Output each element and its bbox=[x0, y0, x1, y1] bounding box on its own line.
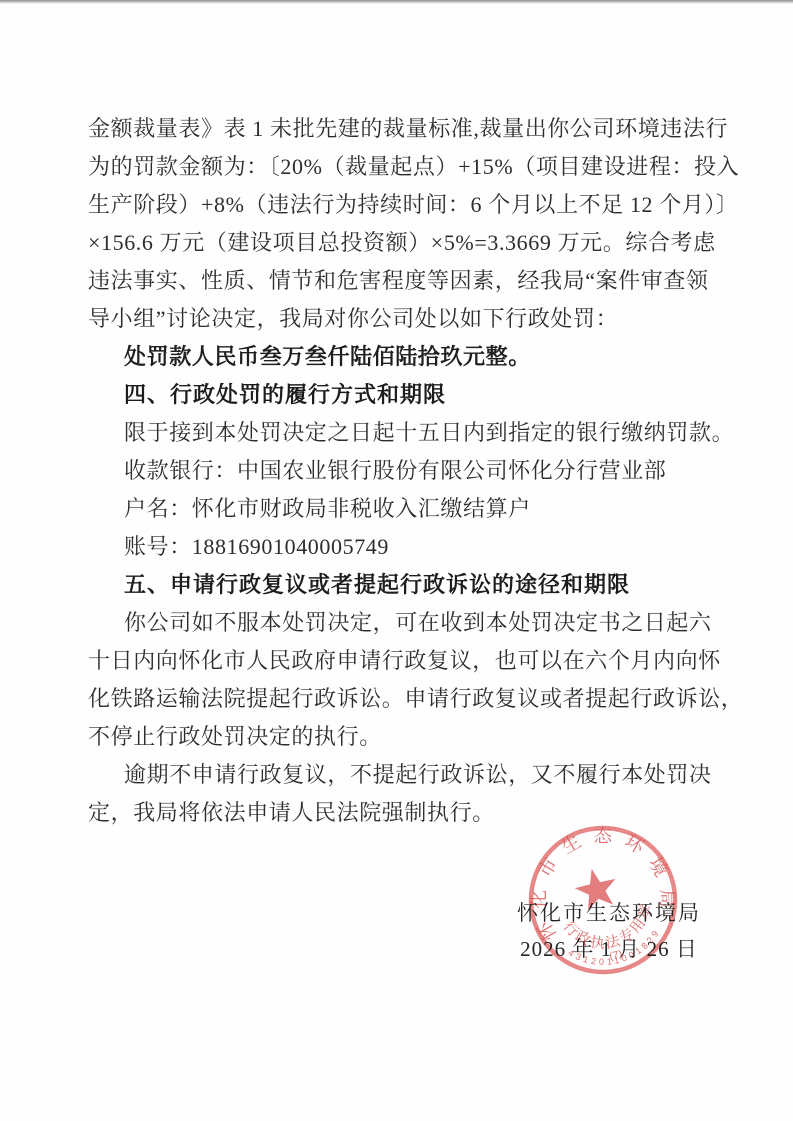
penalty-decision-line: 违法事实、性质、情节和危害程度等因素，经我局“案件审查领 bbox=[88, 262, 750, 300]
payment-deadline-line: 限于接到本处罚决定之日起十五日内到指定的银行缴纳罚款。 bbox=[88, 414, 750, 452]
section-heading-performance: 四、行政处罚的履行方式和期限 bbox=[88, 376, 750, 414]
section-heading-appeal: 五、申请行政复议或者提起行政诉讼的途径和期限 bbox=[88, 566, 750, 604]
bank-name-line: 收款银行：中国农业银行股份有限公司怀化分行营业部 bbox=[88, 452, 750, 490]
scan-edge-shadow bbox=[0, 0, 793, 4]
penalty-calculation-line: 生产阶段）+8%（违法行为持续时间：6 个月以上不足 12 个月）〕 bbox=[88, 186, 750, 224]
account-name-line: 户名：怀化市财政局非税收入汇缴结算户 bbox=[88, 490, 750, 528]
penalty-amount-line: 处罚款人民币叁万叁仟陆佰陆拾玖元整。 bbox=[88, 338, 750, 376]
enforcement-paragraph-line: 逾期不申请行政复议，不提起行政诉讼，又不履行本处罚决 bbox=[88, 756, 750, 794]
agency-signature: 怀化市生态环境局 bbox=[498, 897, 720, 927]
penalty-calculation-line: ×156.6 万元（建设项目总投资额）×5%=3.3669 万元。综合考虑 bbox=[88, 224, 750, 262]
appeal-paragraph-line: 不停止行政处罚决定的执行。 bbox=[88, 718, 750, 756]
document-body: 金额裁量表》表 1 未批先建的裁量标准,裁量出你公司环境违法行 为的罚款金额为：… bbox=[88, 110, 750, 832]
appeal-paragraph-line: 十日内向怀化市人民政府申请行政复议，也可以在六个月内向怀 bbox=[88, 642, 750, 680]
appeal-paragraph-line: 你公司如不服本处罚决定，可在收到本处罚决定书之日起六 bbox=[88, 604, 750, 642]
document-page: 金额裁量表》表 1 未批先建的裁量标准,裁量出你公司环境违法行 为的罚款金额为：… bbox=[0, 0, 793, 1121]
account-number-line: 账号：18816901040005749 bbox=[88, 528, 750, 566]
penalty-calculation-line: 金额裁量表》表 1 未批先建的裁量标准,裁量出你公司环境违法行 bbox=[88, 110, 750, 148]
penalty-calculation-line: 为的罚款金额为：〔20%（裁量起点）+15%（项目建设进程：投入 bbox=[88, 148, 750, 186]
appeal-paragraph-line: 化铁路运输法院提起行政诉讼。申请行政复议或者提起行政诉讼， bbox=[88, 680, 750, 718]
signature-date: 2026 年 1 月 26 日 bbox=[498, 933, 720, 963]
penalty-decision-line: 导小组”讨论决定，我局对你公司处以如下行政处罚： bbox=[88, 300, 750, 338]
